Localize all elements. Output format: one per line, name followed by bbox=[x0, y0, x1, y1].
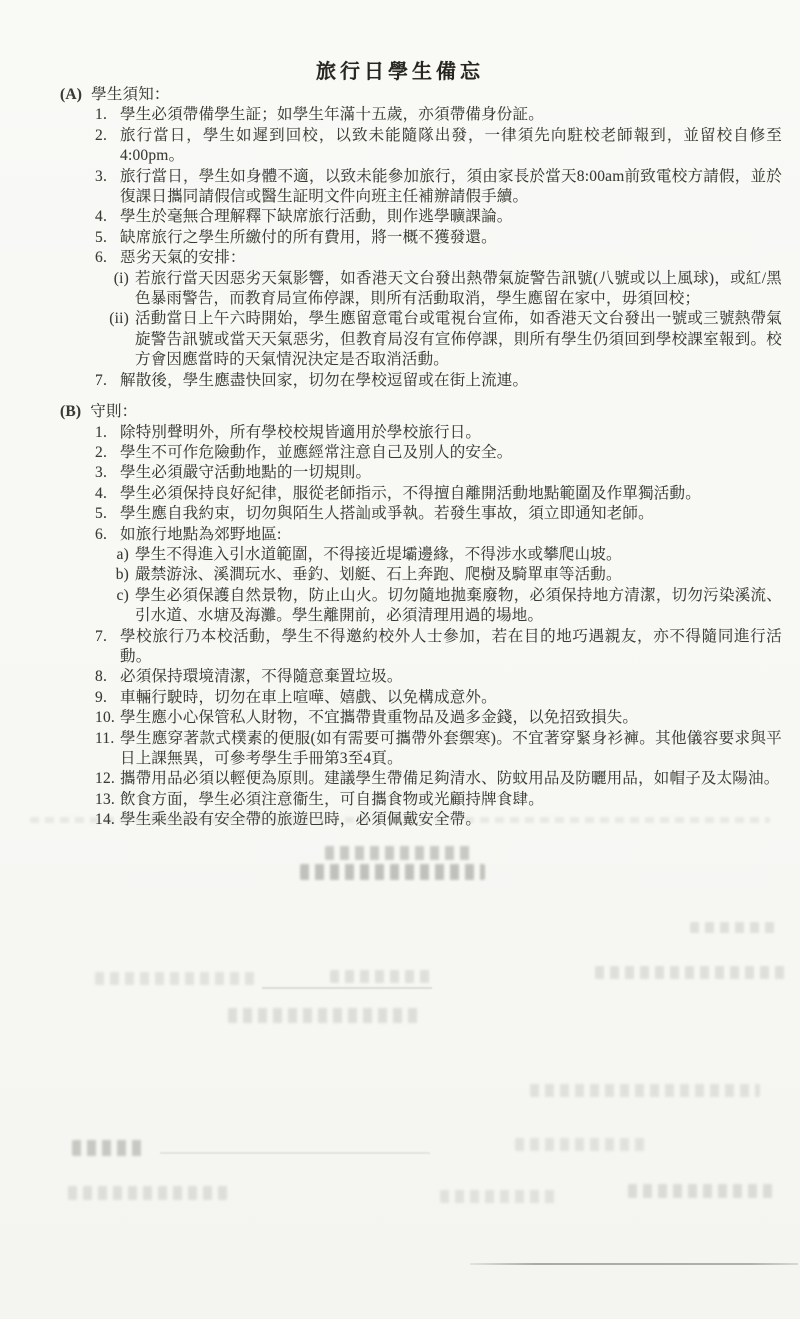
sub-item-marker: b) bbox=[116, 565, 135, 585]
bleed-through-artifact bbox=[72, 1140, 142, 1156]
sub-item-marker: (i) bbox=[114, 269, 135, 289]
item-number: 3. bbox=[95, 463, 107, 483]
item-number: 14. bbox=[95, 810, 115, 830]
bleed-through-artifact bbox=[628, 1184, 773, 1198]
bleed-through-artifact bbox=[595, 966, 790, 979]
scanned-document-page: 旅行日學生備忘 (A)學生須知：1.學生必須帶備學生証；如學生年滿十五歲，亦須帶… bbox=[0, 0, 800, 1319]
list-item: 14.學生乘坐設有安全帶的旅遊巴時，必須佩戴安全帶。 bbox=[0, 810, 800, 830]
item-text: 學生必須嚴守活動地點的一切規則。 bbox=[120, 463, 782, 483]
list-item: 7.解散後，學生應盡快回家，切勿在學校逗留或在街上流連。 bbox=[0, 371, 800, 391]
section-item-list: 1.學生必須帶備學生証；如學生年滿十五歲，亦須帶備身份証。2.旅行當日，學生如遲… bbox=[0, 105, 800, 391]
bleed-through-underline bbox=[160, 1152, 430, 1154]
item-number: 10. bbox=[95, 708, 115, 728]
list-item: 2.旅行當日，學生如遲到回校，以致未能隨隊出發，一律須先向駐校老師報到，並留校自… bbox=[0, 126, 800, 167]
item-number: 9. bbox=[95, 688, 107, 708]
list-item: 10.學生應小心保管私人財物，不宜攜帶貴重物品及過多金錢，以免招致損失。 bbox=[0, 708, 800, 728]
item-text: 學生乘坐設有安全帶的旅遊巴時，必須佩戴安全帶。 bbox=[120, 810, 782, 830]
sub-item-list: (i)若旅行當天因惡劣天氣影響，如香港天文台發出熱帶氣旋警告訊號(八號或以上風球… bbox=[120, 269, 782, 371]
scan-artifact-line bbox=[470, 1263, 798, 1265]
item-text: 學校旅行乃本校活動，學生不得邀約校外人士參加，若在目的地巧遇親友，亦不得隨同進行… bbox=[120, 627, 782, 668]
item-text: 旅行當日，學生如遲到回校，以致未能隨隊出發，一律須先向駐校老師報到，並留校自修至… bbox=[120, 126, 782, 167]
sub-item-text: 嚴禁游泳、溪澗玩水、垂釣、划艇、石上奔跑、爬樹及騎單車等活動。 bbox=[135, 565, 782, 585]
list-item: 7.學校旅行乃本校活動，學生不得邀約校外人士參加，若在目的地巧遇親友，亦不得隨同… bbox=[0, 627, 800, 668]
section-item-list: 1.除特別聲明外，所有學校校規皆適用於學校旅行日。2.學生不可作危險動作，並應經… bbox=[0, 423, 800, 831]
item-text: 除特別聲明外，所有學校校規皆適用於學校旅行日。 bbox=[120, 423, 782, 443]
item-text: 學生應自我約束，切勿與陌生人搭訕或爭執。若發生事故，須立即通知老師。 bbox=[120, 504, 782, 524]
item-number: 8. bbox=[95, 667, 107, 687]
item-number: 13. bbox=[95, 790, 115, 810]
document-section: (A)學生須知：1.學生必須帶備學生証；如學生年滿十五歲，亦須帶備身份証。2.旅… bbox=[0, 85, 800, 391]
bleed-through-artifact bbox=[440, 1190, 555, 1203]
item-text: 學生不可作危險動作，並應經常注意自己及別人的安全。 bbox=[120, 443, 782, 463]
sub-item-text: 學生不得進入引水道範圍，不得接近堤壩邊緣，不得涉水或攀爬山坡。 bbox=[135, 545, 782, 565]
item-number: 6. bbox=[95, 525, 107, 545]
item-text: 學生於毫無合理解釋下缺席旅行活動，則作逃學曠課論。 bbox=[120, 207, 782, 227]
section-heading-text: 守則： bbox=[90, 403, 137, 420]
item-number: 6. bbox=[95, 248, 107, 268]
sub-item-list: a)學生不得進入引水道範圍，不得接近堤壩邊緣，不得涉水或攀爬山坡。b)嚴禁游泳、… bbox=[120, 545, 782, 627]
bleed-through-underline bbox=[262, 987, 432, 989]
item-number: 4. bbox=[95, 207, 107, 227]
list-item: 1.除特別聲明外，所有學校校規皆適用於學校旅行日。 bbox=[0, 423, 800, 443]
sub-item-marker: (ii) bbox=[109, 309, 135, 329]
sub-item: c)學生必須保護自然景物，防止山火。切勿隨地拋棄廢物，必須保持地方清潔，切勿污染… bbox=[135, 586, 782, 627]
list-item: 11.學生應穿著款式樸素的便服(如有需要可攜帶外套禦寒)。不宜著穿緊身衫褲。其他… bbox=[0, 729, 800, 770]
list-item: 6.惡劣天氣的安排：(i)若旅行當天因惡劣天氣影響，如香港天文台發出熱帶氣旋警告… bbox=[0, 248, 800, 370]
list-item: 3.學生必須嚴守活動地點的一切規則。 bbox=[0, 463, 800, 483]
item-number: 4. bbox=[95, 484, 107, 504]
sub-item-text: 活動當日上午六時開始，學生應留意電台或電視台宣佈，如香港天文台發出一號或三號熱帶… bbox=[135, 309, 782, 370]
item-number: 5. bbox=[95, 504, 107, 524]
list-item: 9.車輛行駛時，切勿在車上喧嘩、嬉戲、以免構成意外。 bbox=[0, 688, 800, 708]
list-item: 1.學生必須帶備學生証；如學生年滿十五歲，亦須帶備身份証。 bbox=[0, 105, 800, 125]
document-body: (A)學生須知：1.學生必須帶備學生証；如學生年滿十五歲，亦須帶備身份証。2.旅… bbox=[0, 85, 800, 831]
sub-item: (ii)活動當日上午六時開始，學生應留意電台或電視台宣佈，如香港天文台發出一號或… bbox=[135, 309, 782, 370]
bleed-through-artifact bbox=[228, 1008, 423, 1023]
item-number: 5. bbox=[95, 228, 107, 248]
list-item: 8.必須保持環境清潔，不得隨意棄置垃圾。 bbox=[0, 667, 800, 687]
list-item: 5.學生應自我約束，切勿與陌生人搭訕或爭執。若發生事故，須立即通知老師。 bbox=[0, 504, 800, 524]
list-item: 13.飲食方面，學生必須注意衞生，可自攜食物或光顧持牌食肆。 bbox=[0, 790, 800, 810]
bleed-through-artifact bbox=[300, 864, 485, 880]
bleed-through-artifact bbox=[68, 1186, 233, 1200]
item-text: 如旅行地點為郊野地區: bbox=[120, 525, 782, 545]
document-title: 旅行日學生備忘 bbox=[0, 55, 800, 84]
item-text: 必須保持環境清潔，不得隨意棄置垃圾。 bbox=[120, 667, 782, 687]
section-heading: (B)守則： bbox=[0, 402, 800, 422]
item-text: 攜帶用品必須以輕便為原則。建議學生帶備足夠清水、防蚊用品及防曬用品，如帽子及太陽… bbox=[120, 769, 782, 789]
item-number: 7. bbox=[95, 627, 107, 647]
item-number: 2. bbox=[95, 126, 107, 146]
item-text: 解散後，學生應盡快回家，切勿在學校逗留或在街上流連。 bbox=[120, 371, 782, 391]
sub-item-text: 若旅行當天因惡劣天氣影響，如香港天文台發出熱帶氣旋警告訊號(八號或以上風球)，或… bbox=[135, 269, 782, 310]
list-item: 3.旅行當日，學生如身體不適，以致未能參加旅行，須由家長於當天8:00am前致電… bbox=[0, 167, 800, 208]
list-item: 5.缺席旅行之學生所繳付的所有費用，將一概不獲發還。 bbox=[0, 228, 800, 248]
sub-item-text: 學生必須保護自然景物，防止山火。切勿隨地拋棄廢物，必須保持地方清潔，切勿污染溪流… bbox=[135, 586, 782, 627]
sub-item-marker: c) bbox=[117, 586, 135, 606]
item-text: 惡劣天氣的安排： bbox=[120, 248, 782, 268]
list-item: 2.學生不可作危險動作，並應經常注意自己及別人的安全。 bbox=[0, 443, 800, 463]
bleed-through-artifact bbox=[325, 846, 475, 860]
section-heading-text: 學生須知： bbox=[91, 86, 170, 103]
item-number: 2. bbox=[95, 443, 107, 463]
bleed-through-artifact bbox=[515, 1138, 645, 1151]
item-number: 3. bbox=[95, 167, 107, 187]
item-text: 學生應小心保管私人財物，不宜攜帶貴重物品及過多金錢，以免招致損失。 bbox=[120, 708, 782, 728]
item-text: 學生必須帶備學生証；如學生年滿十五歲，亦須帶備身份証。 bbox=[120, 105, 782, 125]
list-item: 6.如旅行地點為郊野地區:a)學生不得進入引水道範圍，不得接近堤壩邊緣，不得涉水… bbox=[0, 525, 800, 627]
item-text: 旅行當日，學生如身體不適，以致未能參加旅行，須由家長於當天8:00am前致電校方… bbox=[120, 167, 782, 208]
bleed-through-artifact bbox=[530, 1084, 760, 1097]
item-number: 1. bbox=[95, 423, 107, 443]
section-label: (A) bbox=[60, 86, 82, 103]
bleed-through-artifact bbox=[95, 972, 255, 985]
sub-item: a)學生不得進入引水道範圍，不得接近堤壩邊緣，不得涉水或攀爬山坡。 bbox=[135, 545, 782, 565]
section-heading: (A)學生須知： bbox=[0, 85, 800, 105]
item-number: 11. bbox=[95, 729, 114, 749]
sub-item: (i)若旅行當天因惡劣天氣影響，如香港天文台發出熱帶氣旋警告訊號(八號或以上風球… bbox=[135, 269, 782, 310]
item-number: 7. bbox=[95, 371, 107, 391]
document-section: (B)守則：1.除特別聲明外，所有學校校規皆適用於學校旅行日。2.學生不可作危險… bbox=[0, 402, 800, 831]
item-number: 12. bbox=[95, 769, 115, 789]
sub-item: b)嚴禁游泳、溪澗玩水、垂釣、划艇、石上奔跑、爬樹及騎單車等活動。 bbox=[135, 565, 782, 585]
item-text: 車輛行駛時，切勿在車上喧嘩、嬉戲、以免構成意外。 bbox=[120, 688, 782, 708]
item-text: 飲食方面，學生必須注意衞生，可自攜食物或光顧持牌食肆。 bbox=[120, 790, 782, 810]
list-item: 4.學生必須保持良好紀律，服從老師指示，不得擅自離開活動地點範圍及作單獨活動。 bbox=[0, 484, 800, 504]
list-item: 4.學生於毫無合理解釋下缺席旅行活動，則作逃學曠課論。 bbox=[0, 207, 800, 227]
sub-item-marker: a) bbox=[117, 545, 135, 565]
section-label: (B) bbox=[60, 403, 81, 420]
item-text: 缺席旅行之學生所繳付的所有費用，將一概不獲發還。 bbox=[120, 228, 782, 248]
item-number: 1. bbox=[95, 105, 107, 125]
bleed-through-artifact bbox=[690, 922, 775, 933]
item-text: 學生應穿著款式樸素的便服(如有需要可攜帶外套禦寒)。不宜著穿緊身衫褲。其他儀容要… bbox=[120, 729, 782, 770]
list-item: 12.攜帶用品必須以輕便為原則。建議學生帶備足夠清水、防蚊用品及防曬用品，如帽子… bbox=[0, 769, 800, 789]
bleed-through-artifact bbox=[330, 970, 430, 983]
item-text: 學生必須保持良好紀律，服從老師指示，不得擅自離開活動地點範圍及作單獨活動。 bbox=[120, 484, 782, 504]
